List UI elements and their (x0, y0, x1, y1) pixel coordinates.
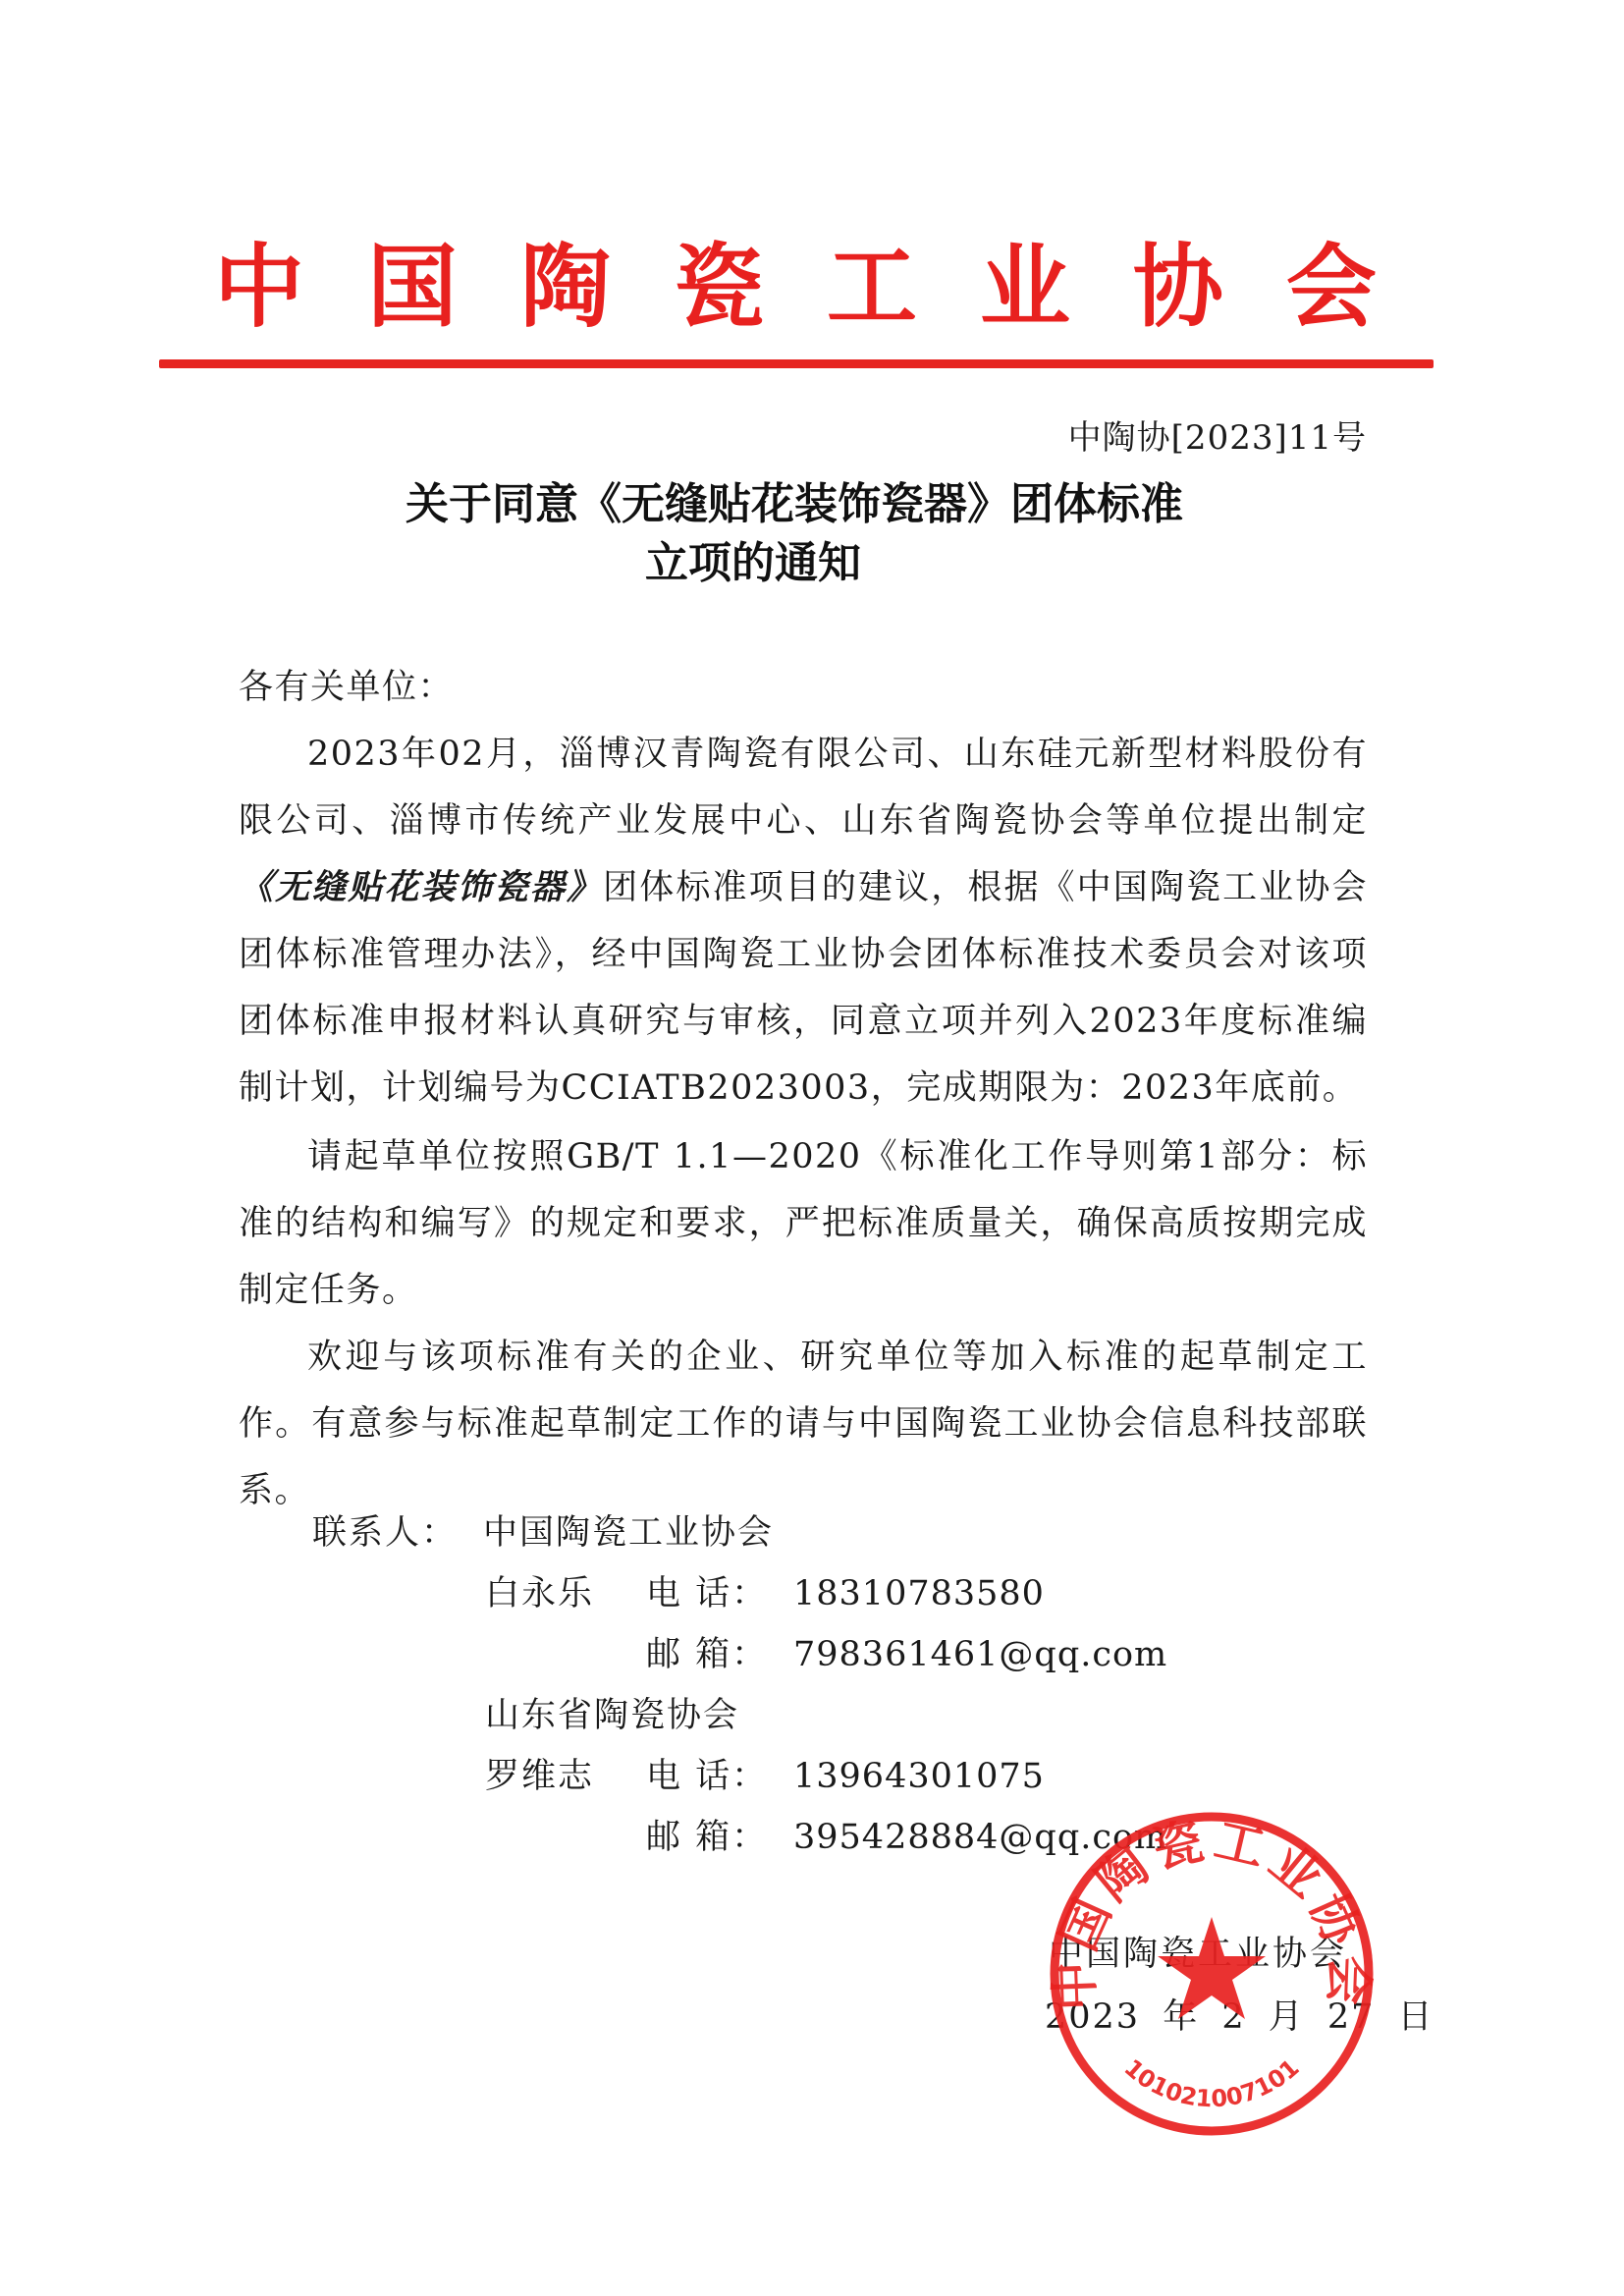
salutation: 各有关单位： (239, 654, 1368, 721)
contact-email-label: 邮 箱： (646, 1821, 768, 1855)
letterhead-char: 中 (214, 243, 304, 333)
standard-name-bold: 《无缝贴花装饰瓷器》 (239, 868, 603, 907)
contact-email-label: 邮 箱： (646, 1638, 768, 1672)
paragraph-1: 2023年02月，淄博汉青陶瓷有限公司、山东硅元新型材料股份有限公司、淄博市传统… (239, 721, 1368, 1121)
letterhead-divider (159, 359, 1434, 368)
contact-phone: 18310783580 (793, 1577, 1045, 1612)
paragraph-1-intro: 2023年02月，淄博汉青陶瓷有限公司、山东硅元新型材料股份有限公司、淄博市传统… (239, 735, 1368, 841)
contact-phone-label: 电 话： (646, 1760, 768, 1794)
letterhead-char: 工 (827, 243, 917, 333)
letterhead-char: 协 (1133, 243, 1223, 333)
letterhead-char: 业 (980, 243, 1070, 333)
contact-phone-label: 电 话： (646, 1577, 768, 1612)
document-title-line1: 关于同意《无缝贴花装饰瓷器》团体标准 (0, 483, 1606, 526)
letterhead-char: 瓷 (674, 243, 764, 333)
paragraph-2: 请起草单位按照GB/T 1.1—2020《标准化工作导则第1部分：标准的结构和编… (239, 1123, 1368, 1324)
document-number: 中陶协[2023]11号 (1068, 410, 1367, 459)
letterhead-char: 会 (1286, 243, 1377, 333)
contact-org: 山东省陶瓷协会 (485, 1699, 739, 1733)
contact-name: 白永乐 (485, 1577, 594, 1612)
signature-date: 2023 年 2 月 27 日 (1045, 1990, 1435, 2039)
signature-org: 中国陶瓷工业协会 (1049, 1927, 1347, 1976)
contact-phone: 13964301075 (793, 1760, 1045, 1794)
letterhead-char: 国 (367, 243, 458, 333)
contact-org: 中国陶瓷工业协会 (483, 1516, 774, 1551)
document-title-line2: 立项的通知 (0, 542, 1565, 585)
letterhead-char: 陶 (520, 243, 611, 333)
letterhead-org-name: 中 国 陶 瓷 工 业 协 会 (157, 234, 1434, 342)
paragraph-3: 欢迎与该项标准有关的企业、研究单位等加入标准的起草制定工作。有意参与标准起草制定… (239, 1324, 1368, 1524)
contact-label: 联系人： (312, 1516, 458, 1551)
contact-email: 798361461@qq.com (793, 1638, 1167, 1672)
contact-name: 罗维志 (485, 1760, 594, 1794)
contact-email: 395428884@qq.com (793, 1821, 1167, 1855)
